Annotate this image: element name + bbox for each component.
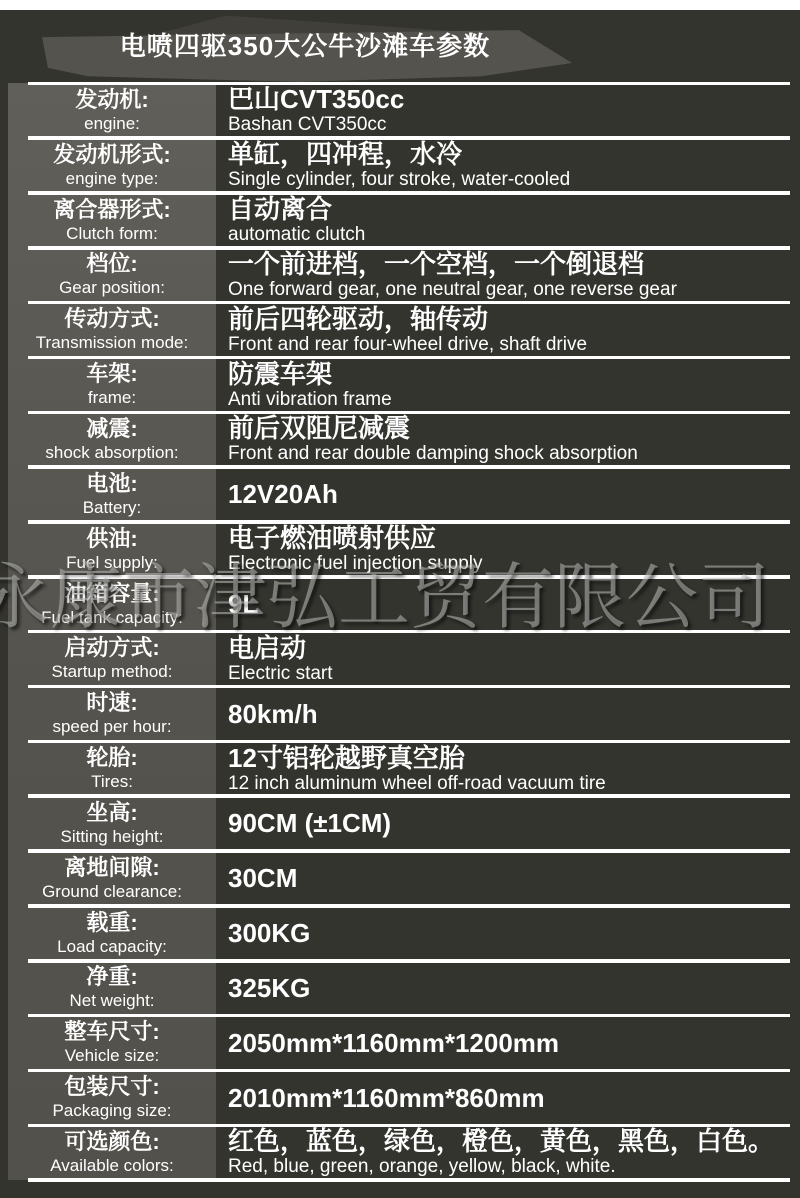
row-value-zh: 红色，蓝色，绿色，橙色，黄色，黑色，白色。	[228, 1126, 794, 1156]
row-label: 电池: Battery:	[8, 467, 216, 522]
row-value-zh: 9L	[228, 589, 794, 619]
row-value-zh: 前后双阻尼减震	[228, 413, 794, 443]
row-label: 可选颜色: Available colors:	[8, 1125, 216, 1180]
table-row: 传动方式: Transmission mode: 前后四轮驱动，轴传动 Fron…	[0, 302, 800, 357]
row-label: 供油: Fuel supply:	[8, 522, 216, 577]
table-row: 净重: Net weight: 325KG	[0, 961, 800, 1016]
row-label-zh: 载重:	[86, 910, 137, 936]
row-label-en: Battery:	[83, 497, 142, 518]
row-label-zh: 整车尺寸:	[64, 1019, 159, 1045]
row-label-zh: 车架:	[86, 361, 137, 387]
table-row: 档位: Gear position: 一个前进档，一个空档，一个倒退档 One …	[0, 248, 800, 303]
row-value: 电子燃油喷射供应 Electronic fuel injection suppl…	[216, 522, 800, 577]
row-value-en: Front and rear double damping shock abso…	[228, 443, 794, 465]
bottom-divider	[28, 1178, 790, 1182]
row-value: 电启动 Electric start	[216, 631, 800, 686]
row-label: 离地间隙: Ground clearance:	[8, 851, 216, 906]
row-label-en: Fuel tank capacity:	[41, 607, 183, 628]
top-border	[0, 0, 800, 10]
row-label-en: engine type:	[66, 168, 159, 189]
row-label-zh: 传动方式:	[64, 306, 159, 332]
row-value-zh: 防震车架	[228, 359, 794, 389]
table-row: 轮胎: Tires: 12寸铝轮越野真空胎 12 inch aluminum w…	[0, 741, 800, 796]
row-label-zh: 启动方式:	[64, 635, 159, 661]
row-value-zh: 12V20Ah	[228, 479, 794, 509]
row-label-en: Gear position:	[59, 277, 165, 298]
row-value: 前后四轮驱动，轴传动 Front and rear four-wheel dri…	[216, 302, 800, 357]
row-label-zh: 可选颜色:	[64, 1129, 159, 1155]
row-value-zh: 巴山CVT350cc	[228, 84, 794, 114]
row-label-en: frame:	[88, 387, 136, 408]
row-value-en: 12 inch aluminum wheel off-road vacuum t…	[228, 773, 794, 795]
row-value: 红色，蓝色，绿色，橙色，黄色，黑色，白色。 Red, blue, green, …	[216, 1125, 800, 1180]
table-row: 离合器形式: Clutch form: 自动离合 automatic clutc…	[0, 193, 800, 248]
row-value-zh: 30CM	[228, 863, 794, 893]
row-label-zh: 电池:	[86, 471, 137, 497]
row-label: 整车尺寸: Vehicle size:	[8, 1015, 216, 1070]
row-label-zh: 净重:	[86, 964, 137, 990]
row-label-en: Net weight:	[69, 990, 154, 1011]
row-label: 发动机: engine:	[8, 83, 216, 138]
row-value: 300KG	[216, 906, 800, 961]
row-label-zh: 轮胎:	[86, 745, 137, 771]
row-label-zh: 离地间隙:	[64, 855, 159, 881]
row-label-en: Clutch form:	[66, 223, 158, 244]
row-value: 9L	[216, 577, 800, 632]
row-label-zh: 坐高:	[86, 800, 137, 826]
row-label: 净重: Net weight:	[8, 961, 216, 1016]
row-label: 车架: frame:	[8, 357, 216, 412]
table-row: 坐高: Sitting height: 90CM (±1CM)	[0, 796, 800, 851]
row-label: 启动方式: Startup method:	[8, 631, 216, 686]
row-value-en: One forward gear, one neutral gear, one …	[228, 279, 794, 301]
row-label: 传动方式: Transmission mode:	[8, 302, 216, 357]
row-label-zh: 时速:	[86, 690, 137, 716]
row-label-en: Startup method:	[52, 661, 173, 682]
row-value-en: Front and rear four-wheel drive, shaft d…	[228, 334, 794, 356]
table-row: 载重: Load capacity: 300KG	[0, 906, 800, 961]
row-label-zh: 离合器形式:	[53, 197, 170, 223]
table-row: 时速: speed per hour: 80km/h	[0, 686, 800, 741]
row-label-en: Sitting height:	[60, 826, 163, 847]
row-label-en: Ground clearance:	[42, 881, 182, 902]
row-value: 前后双阻尼减震 Front and rear double damping sh…	[216, 412, 800, 467]
table-row: 车架: frame: 防震车架 Anti vibration frame	[0, 357, 800, 412]
row-value-zh: 90CM (±1CM)	[228, 808, 794, 838]
row-value-en: Bashan CVT350cc	[228, 114, 794, 136]
row-label: 减震: shock absorption:	[8, 412, 216, 467]
row-label: 时速: speed per hour:	[8, 686, 216, 741]
row-value-zh: 2010mm*1160mm*860mm	[228, 1083, 794, 1113]
row-value-zh: 前后四轮驱动，轴传动	[228, 304, 794, 334]
row-value-zh: 电子燃油喷射供应	[228, 523, 794, 553]
row-label-en: engine:	[84, 113, 140, 134]
table-row: 油箱容量: Fuel tank capacity: 9L	[0, 577, 800, 632]
row-value-en: automatic clutch	[228, 224, 794, 246]
table-row: 整车尺寸: Vehicle size: 2050mm*1160mm*1200mm	[0, 1015, 800, 1070]
row-value-zh: 12寸铝轮越野真空胎	[228, 743, 794, 773]
row-value-zh: 2050mm*1160mm*1200mm	[228, 1028, 794, 1058]
row-label-zh: 档位:	[86, 251, 137, 277]
row-label-en: speed per hour:	[52, 716, 171, 737]
row-label-zh: 供油:	[86, 526, 137, 552]
table-row: 离地间隙: Ground clearance: 30CM	[0, 851, 800, 906]
row-value-zh: 自动离合	[228, 194, 794, 224]
row-value: 2050mm*1160mm*1200mm	[216, 1015, 800, 1070]
row-label: 载重: Load capacity:	[8, 906, 216, 961]
row-label: 油箱容量: Fuel tank capacity:	[8, 577, 216, 632]
row-label: 离合器形式: Clutch form:	[8, 193, 216, 248]
row-value: 80km/h	[216, 686, 800, 741]
row-value-zh: 一个前进档，一个空档，一个倒退档	[228, 249, 794, 279]
row-value-zh: 电启动	[228, 633, 794, 663]
row-label-en: shock absorption:	[45, 442, 178, 463]
row-value-zh: 325KG	[228, 973, 794, 1003]
row-value: 12V20Ah	[216, 467, 800, 522]
row-value-en: Anti vibration frame	[228, 389, 794, 411]
table-row: 发动机形式: engine type: 单缸，四冲程，水冷 Single cyl…	[0, 138, 800, 193]
row-value: 巴山CVT350cc Bashan CVT350cc	[216, 83, 800, 138]
row-value-en: Red, blue, green, orange, yellow, black,…	[228, 1156, 794, 1178]
table-row: 启动方式: Startup method: 电启动 Electric start	[0, 631, 800, 686]
row-value-zh: 80km/h	[228, 699, 794, 729]
row-label-en: Available colors:	[50, 1155, 173, 1176]
row-value-zh: 单缸，四冲程，水冷	[228, 139, 794, 169]
row-value-en: Single cylinder, four stroke, water-cool…	[228, 169, 794, 191]
row-label-en: Fuel supply:	[66, 552, 158, 573]
row-value: 2010mm*1160mm*860mm	[216, 1070, 800, 1125]
row-label: 档位: Gear position:	[8, 248, 216, 303]
row-value: 90CM (±1CM)	[216, 796, 800, 851]
row-label-en: Transmission mode:	[36, 332, 188, 353]
row-label-en: Load capacity:	[57, 936, 167, 957]
table-row: 供油: Fuel supply: 电子燃油喷射供应 Electronic fue…	[0, 522, 800, 577]
table-row: 发动机: engine: 巴山CVT350cc Bashan CVT350cc	[0, 83, 800, 138]
spec-sheet: 电喷四驱350大公牛沙滩车参数 发动机: engine: 巴山CVT350cc …	[0, 0, 800, 1198]
row-label-en: Vehicle size:	[65, 1045, 160, 1066]
row-label-en: Packaging size:	[52, 1100, 171, 1121]
row-label: 坐高: Sitting height:	[8, 796, 216, 851]
table-row: 减震: shock absorption: 前后双阻尼减震 Front and …	[0, 412, 800, 467]
spec-table: 发动机: engine: 巴山CVT350cc Bashan CVT350cc …	[0, 83, 800, 1180]
row-value: 单缸，四冲程，水冷 Single cylinder, four stroke, …	[216, 138, 800, 193]
row-label-zh: 发动机形式:	[53, 142, 170, 168]
row-value-en: Electric start	[228, 663, 794, 685]
row-value: 325KG	[216, 961, 800, 1016]
row-value: 一个前进档，一个空档，一个倒退档 One forward gear, one n…	[216, 248, 800, 303]
page-title: 电喷四驱350大公牛沙滩车参数	[70, 30, 540, 62]
row-label-en: Tires:	[91, 771, 133, 792]
row-label-zh: 油箱容量:	[64, 581, 159, 607]
row-label: 包装尺寸: Packaging size:	[8, 1070, 216, 1125]
row-value-en: Electronic fuel injection supply	[228, 553, 794, 575]
row-label-zh: 减震:	[86, 416, 137, 442]
row-label-zh: 发动机:	[75, 87, 148, 113]
row-value: 防震车架 Anti vibration frame	[216, 357, 800, 412]
table-row: 包装尺寸: Packaging size: 2010mm*1160mm*860m…	[0, 1070, 800, 1125]
table-row: 可选颜色: Available colors: 红色，蓝色，绿色，橙色，黄色，黑…	[0, 1125, 800, 1180]
table-row: 电池: Battery: 12V20Ah	[0, 467, 800, 522]
row-value: 自动离合 automatic clutch	[216, 193, 800, 248]
row-label: 发动机形式: engine type:	[8, 138, 216, 193]
row-label: 轮胎: Tires:	[8, 741, 216, 796]
row-label-zh: 包装尺寸:	[64, 1074, 159, 1100]
row-value: 12寸铝轮越野真空胎 12 inch aluminum wheel off-ro…	[216, 741, 800, 796]
row-value: 30CM	[216, 851, 800, 906]
row-value-zh: 300KG	[228, 918, 794, 948]
